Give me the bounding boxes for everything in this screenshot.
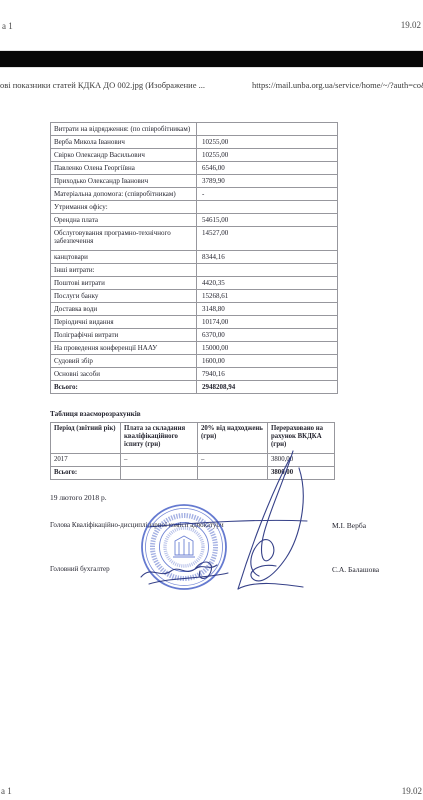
cell: Павленко Олена Георгіївна	[51, 162, 197, 175]
signatory-name-head: М.І. Верба	[332, 521, 366, 530]
expense-table-body: Витрати на відрядження: (по співробітник…	[51, 123, 338, 394]
expense-row: канцтовари8344,16	[51, 251, 338, 264]
expense-row: Приходько Олександр Іванович3789,90	[51, 175, 338, 188]
print-footer-right: 19.02	[402, 786, 422, 796]
expense-row: Інші витрати:	[51, 264, 338, 277]
cell: канцтовари	[51, 251, 197, 264]
cell: Доставка води	[51, 303, 197, 316]
signatory-title-accountant: Головний бухгалтер	[50, 565, 110, 573]
cell	[197, 123, 338, 136]
cell: 54615,00	[197, 214, 338, 227]
print-header-right: 19.02	[401, 20, 421, 30]
expense-row: Періодичні видання10174,00	[51, 316, 338, 329]
expense-row: Доставка води3148,80	[51, 303, 338, 316]
cell: 10255,00	[197, 149, 338, 162]
cell: 14527,00	[197, 227, 338, 251]
cell: 3789,90	[197, 175, 338, 188]
expense-row: Матеріальна допомога: (співробітникам)-	[51, 188, 338, 201]
cell: Всього:	[51, 381, 197, 394]
expense-row: Утримання офісу:	[51, 201, 338, 214]
print-page: а 1 19.02 ові показники статей КДКА ДО 0…	[0, 0, 423, 800]
cell: 4420,35	[197, 277, 338, 290]
expense-row: Судовий збір1600,00	[51, 355, 338, 368]
cell: На проведення конференції НААУ	[51, 342, 197, 355]
expense-row: На проведення конференції НААУ15000,00	[51, 342, 338, 355]
cell: 3148,80	[197, 303, 338, 316]
signatory-name-accountant: С.А. Балашова	[332, 565, 379, 574]
expense-table: Витрати на відрядження: (по співробітник…	[50, 122, 338, 394]
cell: Обслуговування програмно-технічного забе…	[51, 227, 197, 251]
cell: 6546,00	[197, 162, 338, 175]
settlement-table-title: Таблиця взаєморозрахунків	[50, 410, 141, 418]
cell: 2948208,94	[197, 381, 338, 394]
print-footer-left: а 1	[1, 786, 12, 796]
cell: 6370,00	[197, 329, 338, 342]
expense-row: Свірко Олександр Васильович10255,00	[51, 149, 338, 162]
cell: Поліграфічні витрати	[51, 329, 197, 342]
print-header-left: а 1	[2, 21, 13, 31]
expense-row: Послуги банку15268,61	[51, 290, 338, 303]
cell: 10174,00	[197, 316, 338, 329]
cell: Основні засоби	[51, 368, 197, 381]
cell: 15000,00	[197, 342, 338, 355]
cell: Судовий збір	[51, 355, 197, 368]
expense-row: Орендна плата54615,00	[51, 214, 338, 227]
cell: Поштові витрати	[51, 277, 197, 290]
cell: Послуги банку	[51, 290, 197, 303]
cell: Витрати на відрядження: (по співробітник…	[51, 123, 197, 136]
redaction-strip	[0, 50, 423, 68]
document-date: 19 лютого 2018 р.	[50, 493, 107, 502]
cell: 8344,16	[197, 251, 338, 264]
cell: 1600,00	[197, 355, 338, 368]
expense-row: Поштові витрати4420,35	[51, 277, 338, 290]
cell: Періодичні видання	[51, 316, 197, 329]
cell: Верба Микола Іванович	[51, 136, 197, 149]
expense-row: Витрати на відрядження: (по співробітник…	[51, 123, 338, 136]
expense-row: Поліграфічні витрати6370,00	[51, 329, 338, 342]
expense-row: Павленко Олена Георгіївна6546,00	[51, 162, 338, 175]
cell: Утримання офісу:	[51, 201, 197, 214]
cell: Свірко Олександр Васильович	[51, 149, 197, 162]
cell: Матеріальна допомога: (співробітникам)	[51, 188, 197, 201]
cell: 15268,61	[197, 290, 338, 303]
expense-row: Обслуговування програмно-технічного забе…	[51, 227, 338, 251]
cell: 7940,16	[197, 368, 338, 381]
expense-row: Основні засоби7940,16	[51, 368, 338, 381]
attachment-filename: ові показники статей КДКА ДО 002.jpg (Из…	[0, 80, 205, 90]
cell: 10255,00	[197, 136, 338, 149]
handwritten-signatures	[110, 440, 320, 605]
cell: Приходько Олександр Іванович	[51, 175, 197, 188]
cell	[197, 201, 338, 214]
cell: Орендна плата	[51, 214, 197, 227]
expense-row: Верба Микола Іванович10255,00	[51, 136, 338, 149]
expense-row: Всього:2948208,94	[51, 381, 338, 394]
cell: -	[197, 188, 338, 201]
cell	[197, 264, 338, 277]
attachment-url: https://mail.unba.org.ua/service/home/~/…	[252, 80, 423, 90]
cell: Інші витрати:	[51, 264, 197, 277]
